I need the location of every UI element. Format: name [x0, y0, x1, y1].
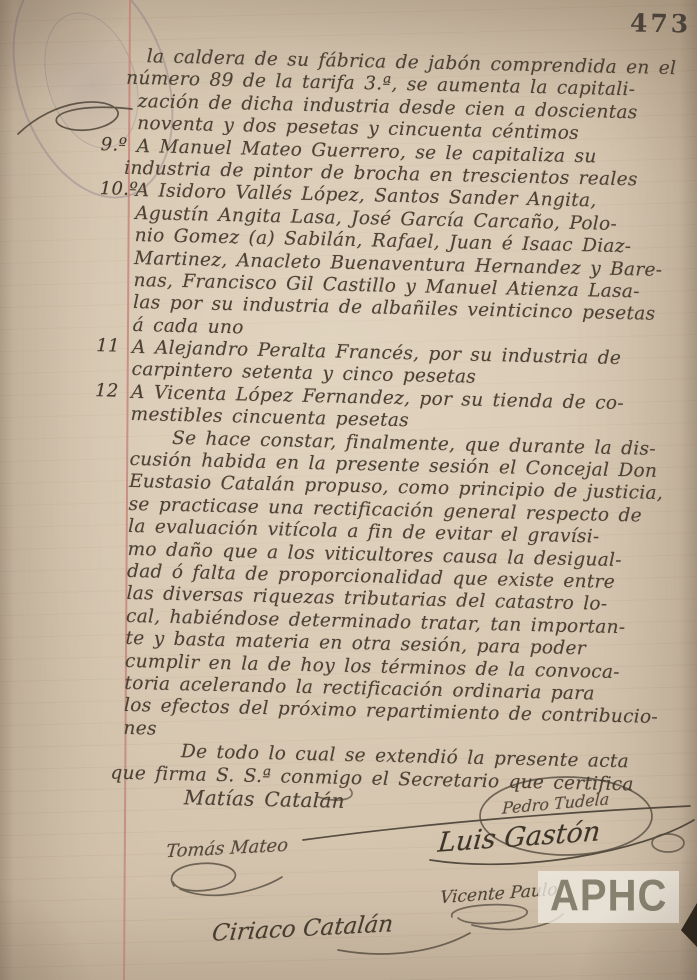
manuscript-text-block: la caldera de su fábrica de jabón compre… — [122, 46, 691, 820]
item-9-number: 9.º — [100, 134, 127, 157]
signature-luis-gaston: Luis Gastón — [437, 816, 602, 859]
aphc-watermark: APHC — [538, 871, 679, 923]
closing-paragraph: Se hace constar, finalmente, que durante… — [123, 427, 682, 753]
item-10-number: 10.º — [99, 178, 138, 201]
pedro-tudela-small-oval — [652, 834, 684, 852]
opening-paragraph: la caldera de su fábrica de jabón compre… — [137, 46, 691, 148]
tomas-mateo-rubric — [172, 863, 282, 895]
item-10: 10.º A Isidoro Vallés López, Santos Sand… — [132, 180, 687, 349]
manuscript-page-photo: 473 la caldera de su fábrica de jabón co… — [0, 0, 697, 980]
aphc-watermark-text: APHC — [550, 874, 667, 919]
item-12-number: 12 — [95, 380, 119, 403]
item-11-number: 11 — [96, 335, 120, 358]
signature-ciriaco-catalan: Ciriaco Catalán — [211, 911, 395, 947]
page-number: 473 — [630, 8, 692, 38]
page-edge-shadow — [681, 903, 697, 947]
signature-tomas-mateo: Tomás Mateo — [165, 835, 289, 863]
